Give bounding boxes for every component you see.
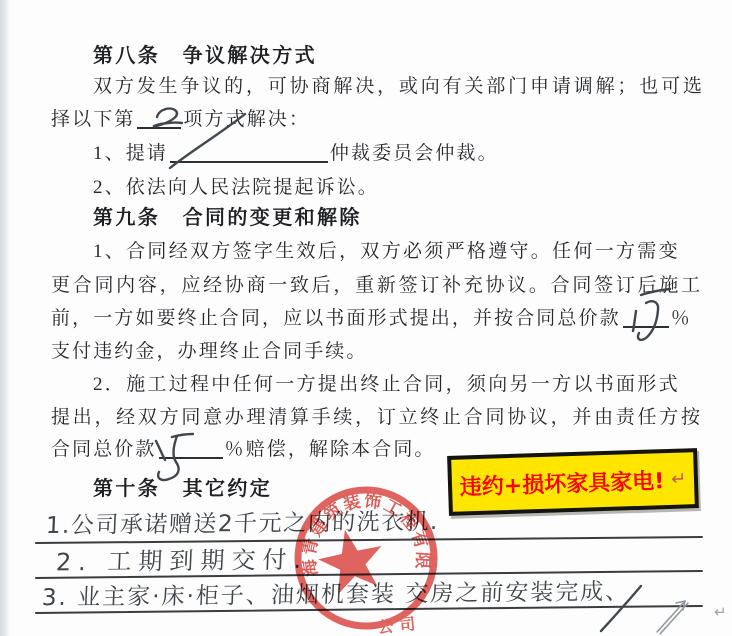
article8-heading: 第八条 争议解决方式 [93,46,317,66]
line2-post-text: 项方式解决： [183,109,310,130]
handwritten-term-1: 1.公司承诺赠送2千元之内的洗衣机. [45,511,439,538]
article9-p2-line3: 合同总价款％赔偿，解除本合同。 [51,440,436,459]
article9-p2-line1: 2．施工过程中任何一方提出终止合同，须向另一方以书面形式 [93,375,680,394]
article8-item1: 1、提请仲裁委员会仲裁。 [93,144,499,163]
p1-line3-post-text: ％ [671,308,692,329]
article10-heading: 第十条 其它约定 [93,479,272,499]
item1-post-text: 仲裁委员会仲裁。 [330,143,499,164]
annotation-note: 违约+损坏家具家电! ↵ [447,448,699,516]
article9-p1-line3: 前，一方如要终止合同，应以书面形式提出，并按合同总价款％ [51,309,692,328]
item1-pre-text: 1、提请 [93,143,168,164]
paragraph-return-icon: ↵ [714,603,727,621]
arbitration-committee-blank [170,144,328,163]
annotation-return-icon: ↵ [671,468,687,489]
p1-line3-pre-text: 前，一方如要终止合同，应以书面形式提出，并按合同总价款 [51,308,621,329]
scanned-contract-page: 第八条 争议解决方式 双方发生争议的，可协商解决，或向有关部门申请调解；也可选 … [0,0,732,636]
article9-p1-line2: 更合同内容，应经协商一致后，重新签订补充协议。合同签订后施工 [51,276,701,295]
article8-paragraph-line2: 择以下第项方式解决： [51,110,310,129]
article9-p2-line2: 提出，经双方同意办理清算手续，订立终止合同协议，并由责任方按 [51,408,701,427]
compensation-percent-blank [159,440,223,459]
penalty-percent-blank [623,309,669,328]
handwritten-term-3: 3. 业主家·床·柜子、油烟机套装 交房之前安装完成、 [41,581,630,610]
line2-pre-text: 择以下第 [51,109,135,130]
article9-p1-line1: 1、合同经双方签字生效后，双方必须严格遵守。任何一方需变 [93,242,680,261]
p2-line3-post-text: ％赔偿，解除本合同。 [225,439,436,460]
p2-line3-pre-text: 合同总价款 [51,439,157,460]
handwritten-term-2: 2. 工期到期交付. [55,548,308,575]
seal-bottom-text: 公司 [376,613,422,636]
article8-item2: 2、依法向人民法院提起诉讼。 [93,178,379,197]
pencil-arrow [657,601,688,634]
article9-heading: 第九条 合同的变更和解除 [93,208,362,228]
scan-edge-shadow [0,0,10,636]
handwritten-percent2-digit5-bar [172,434,193,437]
article8-paragraph-line1: 双方发生争议的，可协商解决，或向有关部门申请调解；也可选 [93,77,703,96]
option-number-blank [137,110,181,129]
annotation-note-text: 违约+损坏家具家电! [459,464,664,501]
article9-p1-line4: 支付违约金，办理终止合同手续。 [51,342,368,361]
